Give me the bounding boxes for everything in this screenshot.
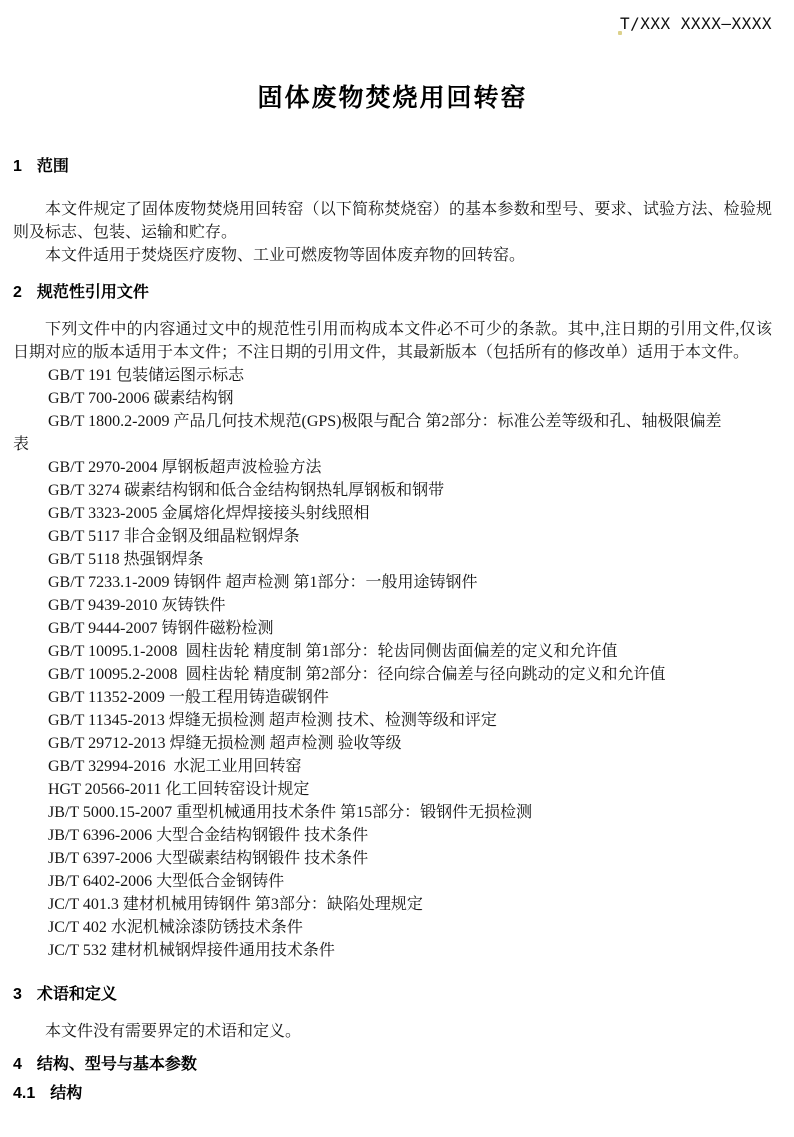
reference-item: GB/T 9444-2007 铸钢件磁粉检测 <box>13 617 772 640</box>
reference-item: JC/T 402 水泥机械涂漆防锈技术条件 <box>13 916 772 939</box>
section-number: 4.1 <box>13 1085 35 1103</box>
section-heading-text: 结构 <box>50 1085 82 1102</box>
standard-code: T/XXX XXXX—XXXX <box>620 14 772 33</box>
paragraph-scope-1: 本文件规定了固体废物焚烧用回转窑（以下简称焚烧窑）的基本参数和型号、要求、试验方… <box>13 198 772 244</box>
section-heading-text: 范围 <box>37 158 69 175</box>
section-heading-terms: 3术语和定义 <box>13 986 772 1004</box>
reference-item: GB/T 11345-2013 焊缝无损检测 超声检测 技术、检测等级和评定 <box>13 709 772 732</box>
section-number: 2 <box>13 284 22 302</box>
reference-item: GB/T 7233.1-2009 铸钢件 超声检测 第1部分：一般用途铸钢件 <box>13 571 772 594</box>
document-page: T/XXX XXXX—XXXX 固体废物焚烧用回转窑 1范围 本文件规定了固体废… <box>0 0 794 1137</box>
section-number: 3 <box>13 986 22 1004</box>
reference-item: GB/T 1800.2-2009 产品几何技术规范(GPS)极限与配合 第2部分… <box>13 410 772 456</box>
reference-list: GB/T 191 包装储运图示标志 GB/T 700-2006 碳素结构钢 GB… <box>13 364 772 962</box>
reference-item: GB/T 29712-2013 焊缝无损检测 超声检测 验收等级 <box>13 732 772 755</box>
reference-item: GB/T 32994-2016 水泥工业用回转窑 <box>13 755 772 778</box>
section-heading-structure-params: 4结构、型号与基本参数 <box>13 1056 772 1074</box>
reference-item: JB/T 6397-2006 大型碳素结构钢锻件 技术条件 <box>13 847 772 870</box>
paragraph-scope-2: 本文件适用于焚烧医疗废物、工业可燃废物等固体废弃物的回转窑。 <box>13 244 772 267</box>
reference-item: JC/T 532 建材机械钢焊接件通用技术条件 <box>13 939 772 962</box>
section-heading-scope: 1范围 <box>13 158 772 176</box>
reference-item: JB/T 6396-2006 大型合金结构钢锻件 技术条件 <box>13 824 772 847</box>
reference-item: GB/T 5118 热强钢焊条 <box>13 548 772 571</box>
reference-item: JB/T 6402-2006 大型低合金钢铸件 <box>13 870 772 893</box>
reference-item: GB/T 9439-2010 灰铸铁件 <box>13 594 772 617</box>
section-heading-text: 术语和定义 <box>37 986 117 1003</box>
section-heading-text: 结构、型号与基本参数 <box>37 1056 197 1073</box>
section-heading-normative-references: 2规范性引用文件 <box>13 284 772 302</box>
reference-item: HGT 20566-2011 化工回转窑设计规定 <box>13 778 772 801</box>
paragraph-terms: 本文件没有需要界定的术语和定义。 <box>13 1020 772 1043</box>
reference-item: GB/T 2970-2004 厚钢板超声波检验方法 <box>13 456 772 479</box>
reference-item: GB/T 3323-2005 金属熔化焊焊接接头射线照相 <box>13 502 772 525</box>
reference-item-wrapped-tail: 表 <box>13 433 772 456</box>
reference-item: GB/T 191 包装储运图示标志 <box>13 364 772 387</box>
reference-item: GB/T 3274 碳素结构钢和低合金结构钢热轧厚钢板和钢带 <box>13 479 772 502</box>
reference-item: GB/T 10095.1-2008 圆柱齿轮 精度制 第1部分：轮齿同侧齿面偏差… <box>13 640 772 663</box>
section-heading-text: 规范性引用文件 <box>37 284 149 301</box>
reference-item: JB/T 5000.15-2007 重型机械通用技术条件 第15部分：锻钢件无损… <box>13 801 772 824</box>
document-title: 固体废物焚烧用回转窑 <box>13 82 772 114</box>
section-number: 4 <box>13 1056 22 1074</box>
reference-item: GB/T 11352-2009 一般工程用铸造碳钢件 <box>13 686 772 709</box>
section-number: 1 <box>13 158 22 176</box>
reference-item: GB/T 10095.2-2008 圆柱齿轮 精度制 第2部分：径向综合偏差与径… <box>13 663 772 686</box>
reference-item: GB/T 5117 非合金钢及细晶粒钢焊条 <box>13 525 772 548</box>
reference-item: JC/T 401.3 建材机械用铸钢件 第3部分：缺陷处理规定 <box>13 893 772 916</box>
page-content: 固体废物焚烧用回转窑 1范围 本文件规定了固体废物焚烧用回转窑（以下简称焚烧窑）… <box>0 82 794 1103</box>
reference-item: GB/T 700-2006 碳素结构钢 <box>13 387 772 410</box>
subsection-heading-structure: 4.1结构 <box>13 1085 772 1103</box>
stray-mark <box>618 31 622 35</box>
paragraph-references-intro: 下列文件中的内容通过文中的规范性引用而构成本文件必不可少的条款。其中,注日期的引… <box>13 318 772 364</box>
